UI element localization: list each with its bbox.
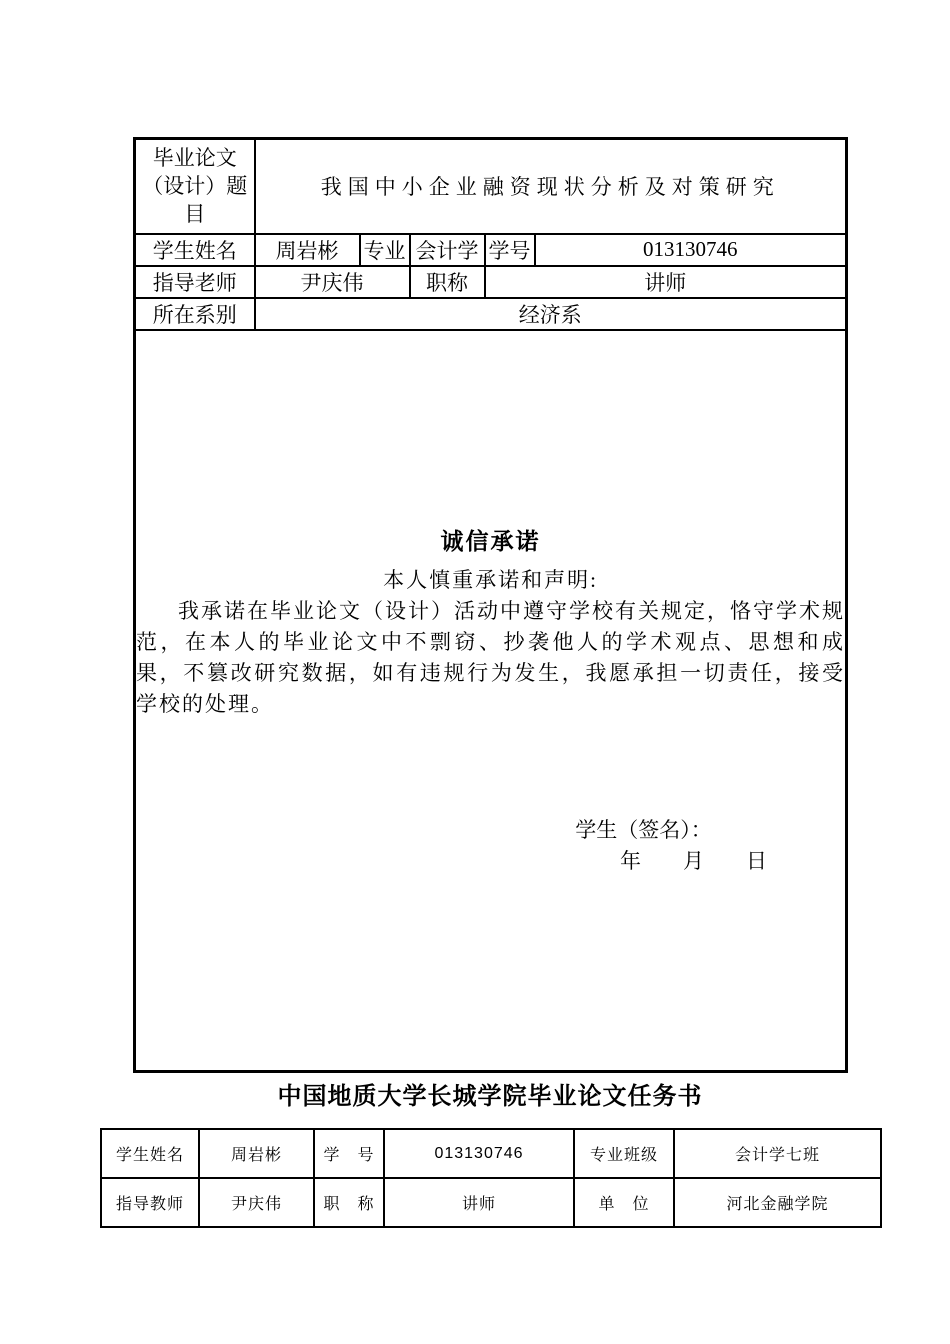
task-job-title-value: 讲师	[384, 1178, 574, 1227]
pledge-body: 我承诺在毕业论文（设计）活动中遵守学校有关规定，恪守学术规范，在本人的毕业论文中…	[136, 596, 845, 720]
student-id-label: 学号	[485, 234, 535, 266]
pledge-declaration: 本人慎重承诺和声明:	[136, 565, 845, 596]
task-advisor-row: 指导教师 尹庆伟 职 称 讲师 单 位 河北金融学院	[101, 1178, 881, 1227]
task-unit-value: 河北金融学院	[674, 1178, 881, 1227]
department-row: 所在系别 经济系	[135, 298, 847, 330]
task-student-name-value: 周岩彬	[199, 1129, 314, 1178]
task-advisor-label: 指导教师	[101, 1178, 199, 1227]
task-class-value: 会计学七班	[674, 1129, 881, 1178]
task-student-row: 学生姓名 周岩彬 学 号 013130746 专业班级 会计学七班	[101, 1129, 881, 1178]
pledge-cell: 诚信承诺 本人慎重承诺和声明: 我承诺在毕业论文（设计）活动中遵守学校有关规定，…	[135, 330, 847, 1072]
advisor-label: 指导老师	[135, 266, 255, 298]
signature-block: 学生（签名）： 年 月 日	[442, 815, 845, 877]
task-job-title-label: 职 称	[314, 1178, 384, 1227]
student-name-label: 学生姓名	[135, 234, 255, 266]
thesis-title-row: 毕业论文 （设计）题目 我国中小企业融资现状分析及对策研究	[135, 139, 847, 234]
department-label: 所在系别	[135, 298, 255, 330]
job-title-value: 讲师	[485, 266, 847, 298]
advisor-row: 指导老师 尹庆伟 职称 讲师	[135, 266, 847, 298]
task-unit-label: 单 位	[574, 1178, 674, 1227]
student-name-value: 周岩彬	[255, 234, 360, 266]
pledge-row: 诚信承诺 本人慎重承诺和声明: 我承诺在毕业论文（设计）活动中遵守学校有关规定，…	[135, 330, 847, 1072]
advisor-value: 尹庆伟	[255, 266, 410, 298]
job-title-label: 职称	[410, 266, 485, 298]
task-student-name-label: 学生姓名	[101, 1129, 199, 1178]
task-student-id-label: 学 号	[314, 1129, 384, 1178]
department-value: 经济系	[255, 298, 847, 330]
task-advisor-value: 尹庆伟	[199, 1178, 314, 1227]
thesis-title-label-line1: 毕业论文	[136, 144, 254, 172]
task-book-title: 中国地质大学长城学院毕业论文任务书	[100, 1076, 880, 1111]
pledge-heading: 诚信承诺	[136, 523, 845, 556]
thesis-title-value: 我国中小企业融资现状分析及对策研究	[255, 139, 847, 234]
document-page: 毕业论文 （设计）题目 我国中小企业融资现状分析及对策研究 学生姓名 周岩彬 专…	[0, 0, 950, 1344]
thesis-title-label-line2: （设计）题目	[136, 172, 254, 228]
signature-date-line: 年 月 日	[442, 846, 845, 877]
student-id-value: 013130746	[535, 234, 847, 266]
major-value: 会计学	[410, 234, 485, 266]
task-class-label: 专业班级	[574, 1129, 674, 1178]
signature-label: 学生（签名）：	[442, 815, 845, 846]
thesis-title-label: 毕业论文 （设计）题目	[135, 139, 255, 234]
task-student-id-value: 013130746	[384, 1129, 574, 1178]
major-label: 专业	[360, 234, 410, 266]
cover-table: 毕业论文 （设计）题目 我国中小企业融资现状分析及对策研究 学生姓名 周岩彬 专…	[133, 137, 848, 1073]
task-table: 学生姓名 周岩彬 学 号 013130746 专业班级 会计学七班 指导教师 尹…	[100, 1128, 882, 1228]
student-row: 学生姓名 周岩彬 专业 会计学 学号 013130746	[135, 234, 847, 266]
